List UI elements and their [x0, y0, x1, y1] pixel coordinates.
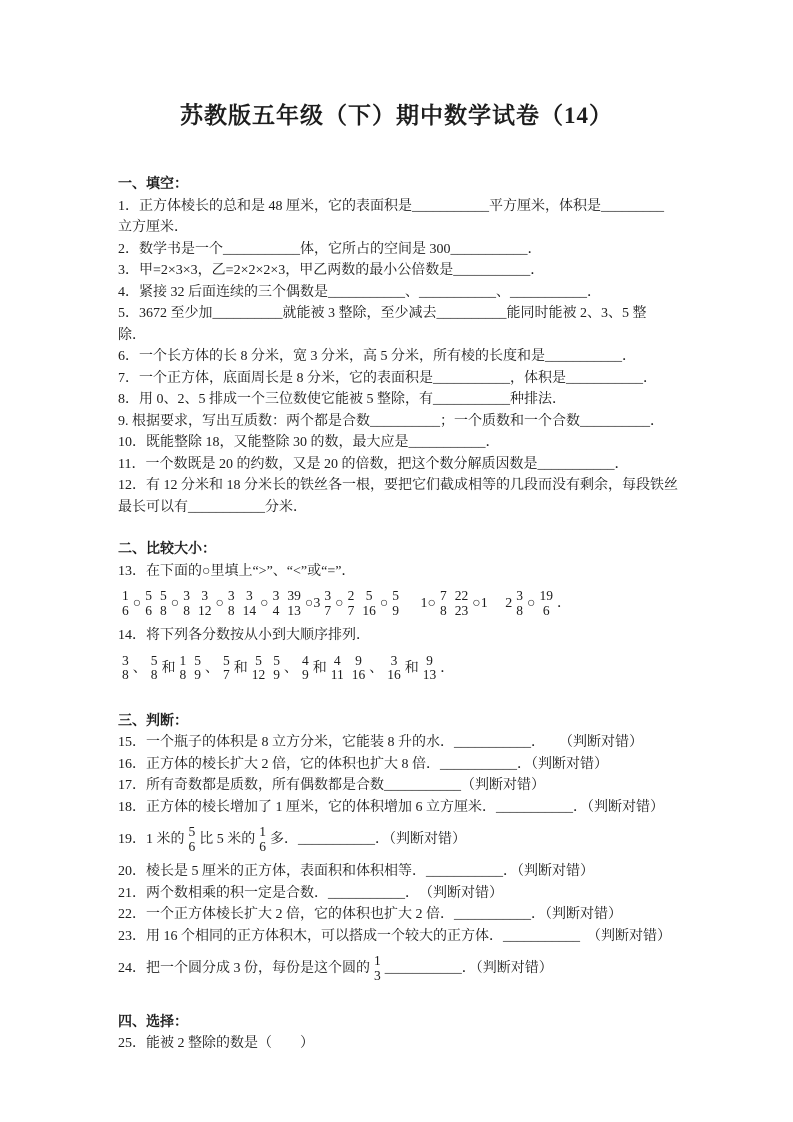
- fraction: 78: [440, 589, 447, 618]
- fraction: 59: [194, 654, 201, 683]
- text-run: ○3: [305, 596, 320, 611]
- question-line: 15．一个瓶子的体积是 8 立方分米，它能装 8 升的水．___________…: [118, 732, 693, 754]
- text-run: 和: [313, 660, 327, 675]
- text-run: ．: [440, 660, 454, 675]
- text-run: ○: [215, 596, 223, 611]
- fraction-denominator: 8: [151, 668, 158, 683]
- fraction: 38: [228, 589, 235, 618]
- fraction-numerator: 3: [391, 654, 398, 669]
- fraction-numerator: 7: [440, 589, 447, 604]
- fraction-denominator: 7: [223, 668, 230, 683]
- text-run: ○: [380, 596, 388, 611]
- fraction-numerator: 5: [160, 589, 167, 604]
- fraction: 37: [324, 589, 331, 618]
- text-run: 19．1 米的: [118, 832, 185, 847]
- text-run: ○1 2: [472, 596, 512, 611]
- fraction: 196: [539, 589, 553, 618]
- section-heading: 一、填空：: [118, 174, 693, 196]
- fraction: 316: [387, 654, 401, 683]
- question-line: 16．正方体的棱长扩大 2 倍，它的体积也扩大 8 倍．___________．…: [118, 754, 693, 776]
- fraction-numerator: 3: [246, 589, 253, 604]
- fraction: 312: [198, 589, 212, 618]
- fraction-denominator: 8: [440, 604, 447, 619]
- page-title: 苏教版五年级（下）期中数学试卷（14）: [0, 0, 793, 130]
- fraction: 16: [259, 825, 266, 854]
- fraction-denominator: 11: [331, 668, 344, 683]
- fraction-denominator: 7: [348, 604, 355, 619]
- question-line: 25．能被 2 整除的数是（ ）: [118, 1033, 693, 1055]
- fraction: 314: [243, 589, 257, 618]
- question-line: 9. 根据要求，写出互质数：两个都是合数__________；一个质数和一个合数…: [118, 411, 693, 433]
- text-run: 、: [369, 660, 383, 675]
- question-line: 8．用 0、2、5 排成一个三位数使它能被 5 整除，有___________种…: [118, 389, 693, 411]
- question-line: 10．既能整除 18，又能整除 30 的数，最大应是___________．: [118, 432, 693, 454]
- section: 一、填空：1．正方体棱长的总和是 48 厘米，它的表面积是___________…: [118, 174, 693, 518]
- fraction-denominator: 8: [160, 604, 167, 619]
- question-line: 2．数学书是一个___________体，它所占的空间是 300________…: [118, 239, 693, 261]
- fraction-denominator: 16: [362, 604, 376, 619]
- fraction: 58: [160, 589, 167, 618]
- question-line: 21．两个数相乘的积一定是合数．___________． （判断对错）: [118, 883, 693, 905]
- fraction-denominator: 8: [183, 604, 190, 619]
- fraction-numerator: 9: [426, 654, 433, 669]
- fraction-numerator: 1: [122, 589, 129, 604]
- fraction-denominator: 12: [252, 668, 266, 683]
- fraction-denominator: 9: [273, 668, 280, 683]
- fraction-numerator: 5: [366, 589, 373, 604]
- fraction: 3913: [287, 589, 301, 618]
- fraction: 27: [348, 589, 355, 618]
- fraction-denominator: 9: [302, 668, 309, 683]
- section: 二、比较大小：13．在下面的○里填上“>”、“<”或“=”．16○5658○38…: [118, 539, 693, 690]
- fraction-numerator: 3: [273, 589, 280, 604]
- fraction-numerator: 19: [539, 589, 553, 604]
- fraction-denominator: 6: [259, 840, 266, 855]
- question-line: 7．一个正方体，底面周长是 8 分米，它的表面积是___________，体积是…: [118, 368, 693, 390]
- fraction: 38: [183, 589, 190, 618]
- question-line: 17．所有奇数都是质数，所有偶数都是合数___________（判断对错）: [118, 775, 693, 797]
- fraction-denominator: 4: [273, 604, 280, 619]
- fraction-numerator: 3: [183, 589, 190, 604]
- section: 四、选择：25．能被 2 整除的数是（ ）: [118, 1012, 693, 1055]
- fraction-denominator: 9: [194, 668, 201, 683]
- fraction: 916: [352, 654, 366, 683]
- fraction-numerator: 39: [287, 589, 301, 604]
- fraction-numerator: 2: [348, 589, 355, 604]
- fraction-numerator: 5: [189, 825, 196, 840]
- fraction-denominator: 12: [198, 604, 212, 619]
- question-line: 立方厘米．: [118, 217, 693, 239]
- text-run: 比 5 米的: [199, 832, 255, 847]
- fraction: 516: [362, 589, 376, 618]
- fraction: 57: [223, 654, 230, 683]
- text-run: ___________．（判断对错）: [385, 961, 553, 976]
- section-heading: 三、判断：: [118, 711, 693, 733]
- section-heading: 四、选择：: [118, 1012, 693, 1034]
- question-line: 最长可以有___________分米．: [118, 497, 693, 519]
- question-line: 5．3672 至少加__________就能被 3 整除，至少减去_______…: [118, 303, 693, 325]
- text-run: 和: [162, 660, 176, 675]
- fraction-numerator: 3: [516, 589, 523, 604]
- fraction: 38: [516, 589, 523, 618]
- fraction-denominator: 6: [145, 604, 152, 619]
- fraction-numerator: 5: [223, 654, 230, 669]
- fraction-numerator: 3: [122, 654, 129, 669]
- text-run: ○: [133, 596, 141, 611]
- question-line: 18．正方体的棱长增加了 1 厘米，它的体积增加 6 立方厘米．________…: [118, 797, 693, 819]
- question-line: 1．正方体棱长的总和是 48 厘米，它的表面积是___________平方厘米，…: [118, 196, 693, 218]
- fraction-numerator: 4: [334, 654, 341, 669]
- fraction-numerator: 5: [151, 654, 158, 669]
- question-line: 23．用 16 个相同的正方体积木，可以搭成一个较大的正方体．_________…: [118, 926, 693, 948]
- fraction-denominator: 13: [287, 604, 301, 619]
- fraction-denominator: 16: [352, 668, 366, 683]
- fraction: 18: [180, 654, 187, 683]
- fraction-numerator: 22: [455, 589, 469, 604]
- fraction-denominator: 8: [516, 604, 523, 619]
- fraction: 58: [151, 654, 158, 683]
- exam-page: 苏教版五年级（下）期中数学试卷（14） 一、填空：1．正方体棱长的总和是 48 …: [0, 0, 793, 1122]
- fraction-numerator: 5: [255, 654, 262, 669]
- fraction-denominator: 7: [324, 604, 331, 619]
- text-run: 24．把一个圆分成 3 份，每份是这个圆的: [118, 961, 370, 976]
- question-line: 12．有 12 分米和 18 分米长的铁丝各一根，要把它们截成相等的几段而没有剩…: [118, 475, 693, 497]
- fraction: 49: [302, 654, 309, 683]
- question-line: 38、58和1859、57和51259、49和411916、316和913．: [118, 647, 693, 690]
- text-run: 和: [234, 660, 248, 675]
- fraction: 38: [122, 654, 129, 683]
- section-heading: 二、比较大小：: [118, 539, 693, 561]
- fraction-numerator: 9: [355, 654, 362, 669]
- fraction: 56: [189, 825, 196, 854]
- question-line: 4．紧接 32 后面连续的三个偶数是___________、__________…: [118, 282, 693, 304]
- text-run: 和: [405, 660, 419, 675]
- fraction: 13: [374, 954, 381, 983]
- question-line: 3．甲=2×3×3，乙=2×2×2×3，甲乙两数的最小公倍数是_________…: [118, 260, 693, 282]
- fraction-numerator: 5: [194, 654, 201, 669]
- fraction: 913: [423, 654, 437, 683]
- question-line: 19．1 米的56比 5 米的16多．___________．（判断对错）: [118, 818, 693, 861]
- fraction-denominator: 23: [455, 604, 469, 619]
- fraction-numerator: 3: [228, 589, 235, 604]
- fraction-numerator: 3: [201, 589, 208, 604]
- fraction-denominator: 3: [374, 969, 381, 984]
- question-line: 16○5658○38312○38314○343913○337○27516○59 …: [118, 582, 693, 625]
- text-run: 、: [284, 660, 298, 675]
- fraction-numerator: 5: [392, 589, 399, 604]
- text-run: 1○: [403, 596, 436, 611]
- fraction-numerator: 1: [259, 825, 266, 840]
- fraction-denominator: 6: [122, 604, 129, 619]
- fraction: 59: [273, 654, 280, 683]
- question-line: 14．将下列各分数按从小到大顺序排列．: [118, 625, 693, 647]
- fraction: 411: [331, 654, 344, 683]
- fraction-denominator: 6: [543, 604, 550, 619]
- text-run: 、: [205, 660, 219, 675]
- section: 三、判断：15．一个瓶子的体积是 8 立方分米，它能装 8 升的水．______…: [118, 711, 693, 991]
- question-line: 22．一个正方体棱长扩大 2 倍，它的体积也扩大 2 倍．___________…: [118, 904, 693, 926]
- fraction: 34: [273, 589, 280, 618]
- text-run: 多．___________．（判断对错）: [270, 832, 466, 847]
- fraction-numerator: 4: [302, 654, 309, 669]
- fraction-numerator: 5: [145, 589, 152, 604]
- fraction-denominator: 8: [180, 668, 187, 683]
- fraction: 512: [252, 654, 266, 683]
- fraction-numerator: 3: [324, 589, 331, 604]
- question-line: 11．一个数既是 20 的约数，又是 20 的倍数，把这个数分解质因数是____…: [118, 454, 693, 476]
- fraction-numerator: 5: [273, 654, 280, 669]
- fraction-numerator: 1: [180, 654, 187, 669]
- text-run: 、: [133, 660, 147, 675]
- fraction-denominator: 9: [392, 604, 399, 619]
- fraction-denominator: 8: [228, 604, 235, 619]
- text-run: ○: [260, 596, 268, 611]
- fraction-denominator: 14: [243, 604, 257, 619]
- question-line: 20．棱长是 5 厘米的正方体，表面积和体积相等．___________．（判断…: [118, 861, 693, 883]
- fraction: 2223: [455, 589, 469, 618]
- question-line: 13．在下面的○里填上“>”、“<”或“=”．: [118, 561, 693, 583]
- text-run: ．: [557, 596, 571, 611]
- text-run: ○: [527, 596, 535, 611]
- fraction-numerator: 1: [374, 954, 381, 969]
- question-line: 24．把一个圆分成 3 份，每份是这个圆的13___________．（判断对错…: [118, 947, 693, 990]
- fraction: 16: [122, 589, 129, 618]
- fraction-denominator: 8: [122, 668, 129, 683]
- question-line: 6．一个长方体的长 8 分米，宽 3 分米，高 5 分米，所有棱的长度和是___…: [118, 346, 693, 368]
- fraction: 59: [392, 589, 399, 618]
- question-line: 除．: [118, 325, 693, 347]
- fraction-denominator: 6: [189, 840, 196, 855]
- exam-body: 一、填空：1．正方体棱长的总和是 48 厘米，它的表面积是___________…: [118, 174, 693, 1055]
- fraction-denominator: 13: [423, 668, 437, 683]
- fraction: 56: [145, 589, 152, 618]
- text-run: ○: [171, 596, 179, 611]
- fraction-denominator: 16: [387, 668, 401, 683]
- text-run: ○: [335, 596, 343, 611]
